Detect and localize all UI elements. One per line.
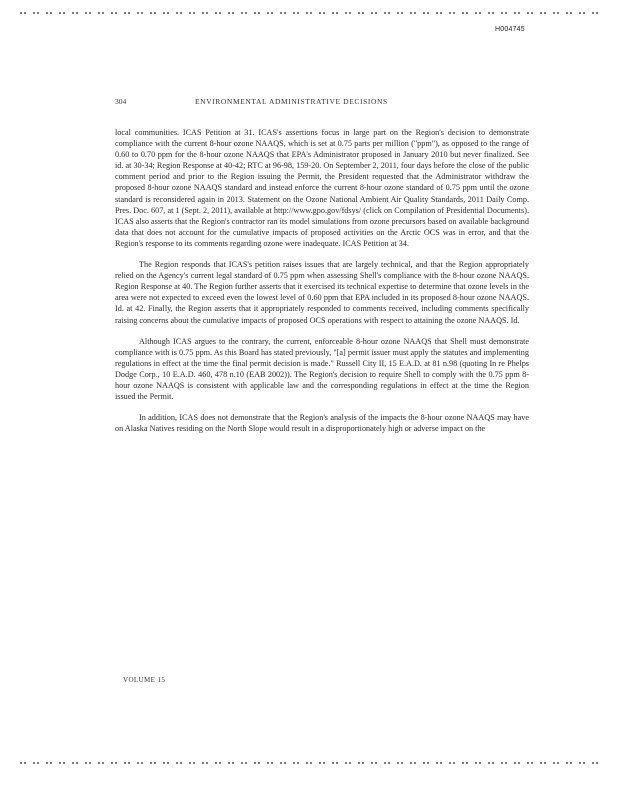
scan-artifact-top [20,12,598,14]
paragraph-continued: local communities. ICAS Petition at 31. … [115,127,529,249]
scan-artifact-bottom [20,762,598,764]
paragraph: In addition, ICAS does not demonstrate t… [115,412,529,434]
running-head-title: ENVIRONMENTAL ADMINISTRATIVE DECISIONS [195,97,388,106]
bates-number: H004745 [495,26,525,33]
volume-footer: VOLUME 15 [123,676,165,684]
paragraph: Although ICAS argues to the contrary, th… [115,336,529,403]
document-body: local communities. ICAS Petition at 31. … [115,127,529,444]
page-number: 304 [115,97,126,106]
paragraph: The Region responds that ICAS's petition… [115,259,529,326]
